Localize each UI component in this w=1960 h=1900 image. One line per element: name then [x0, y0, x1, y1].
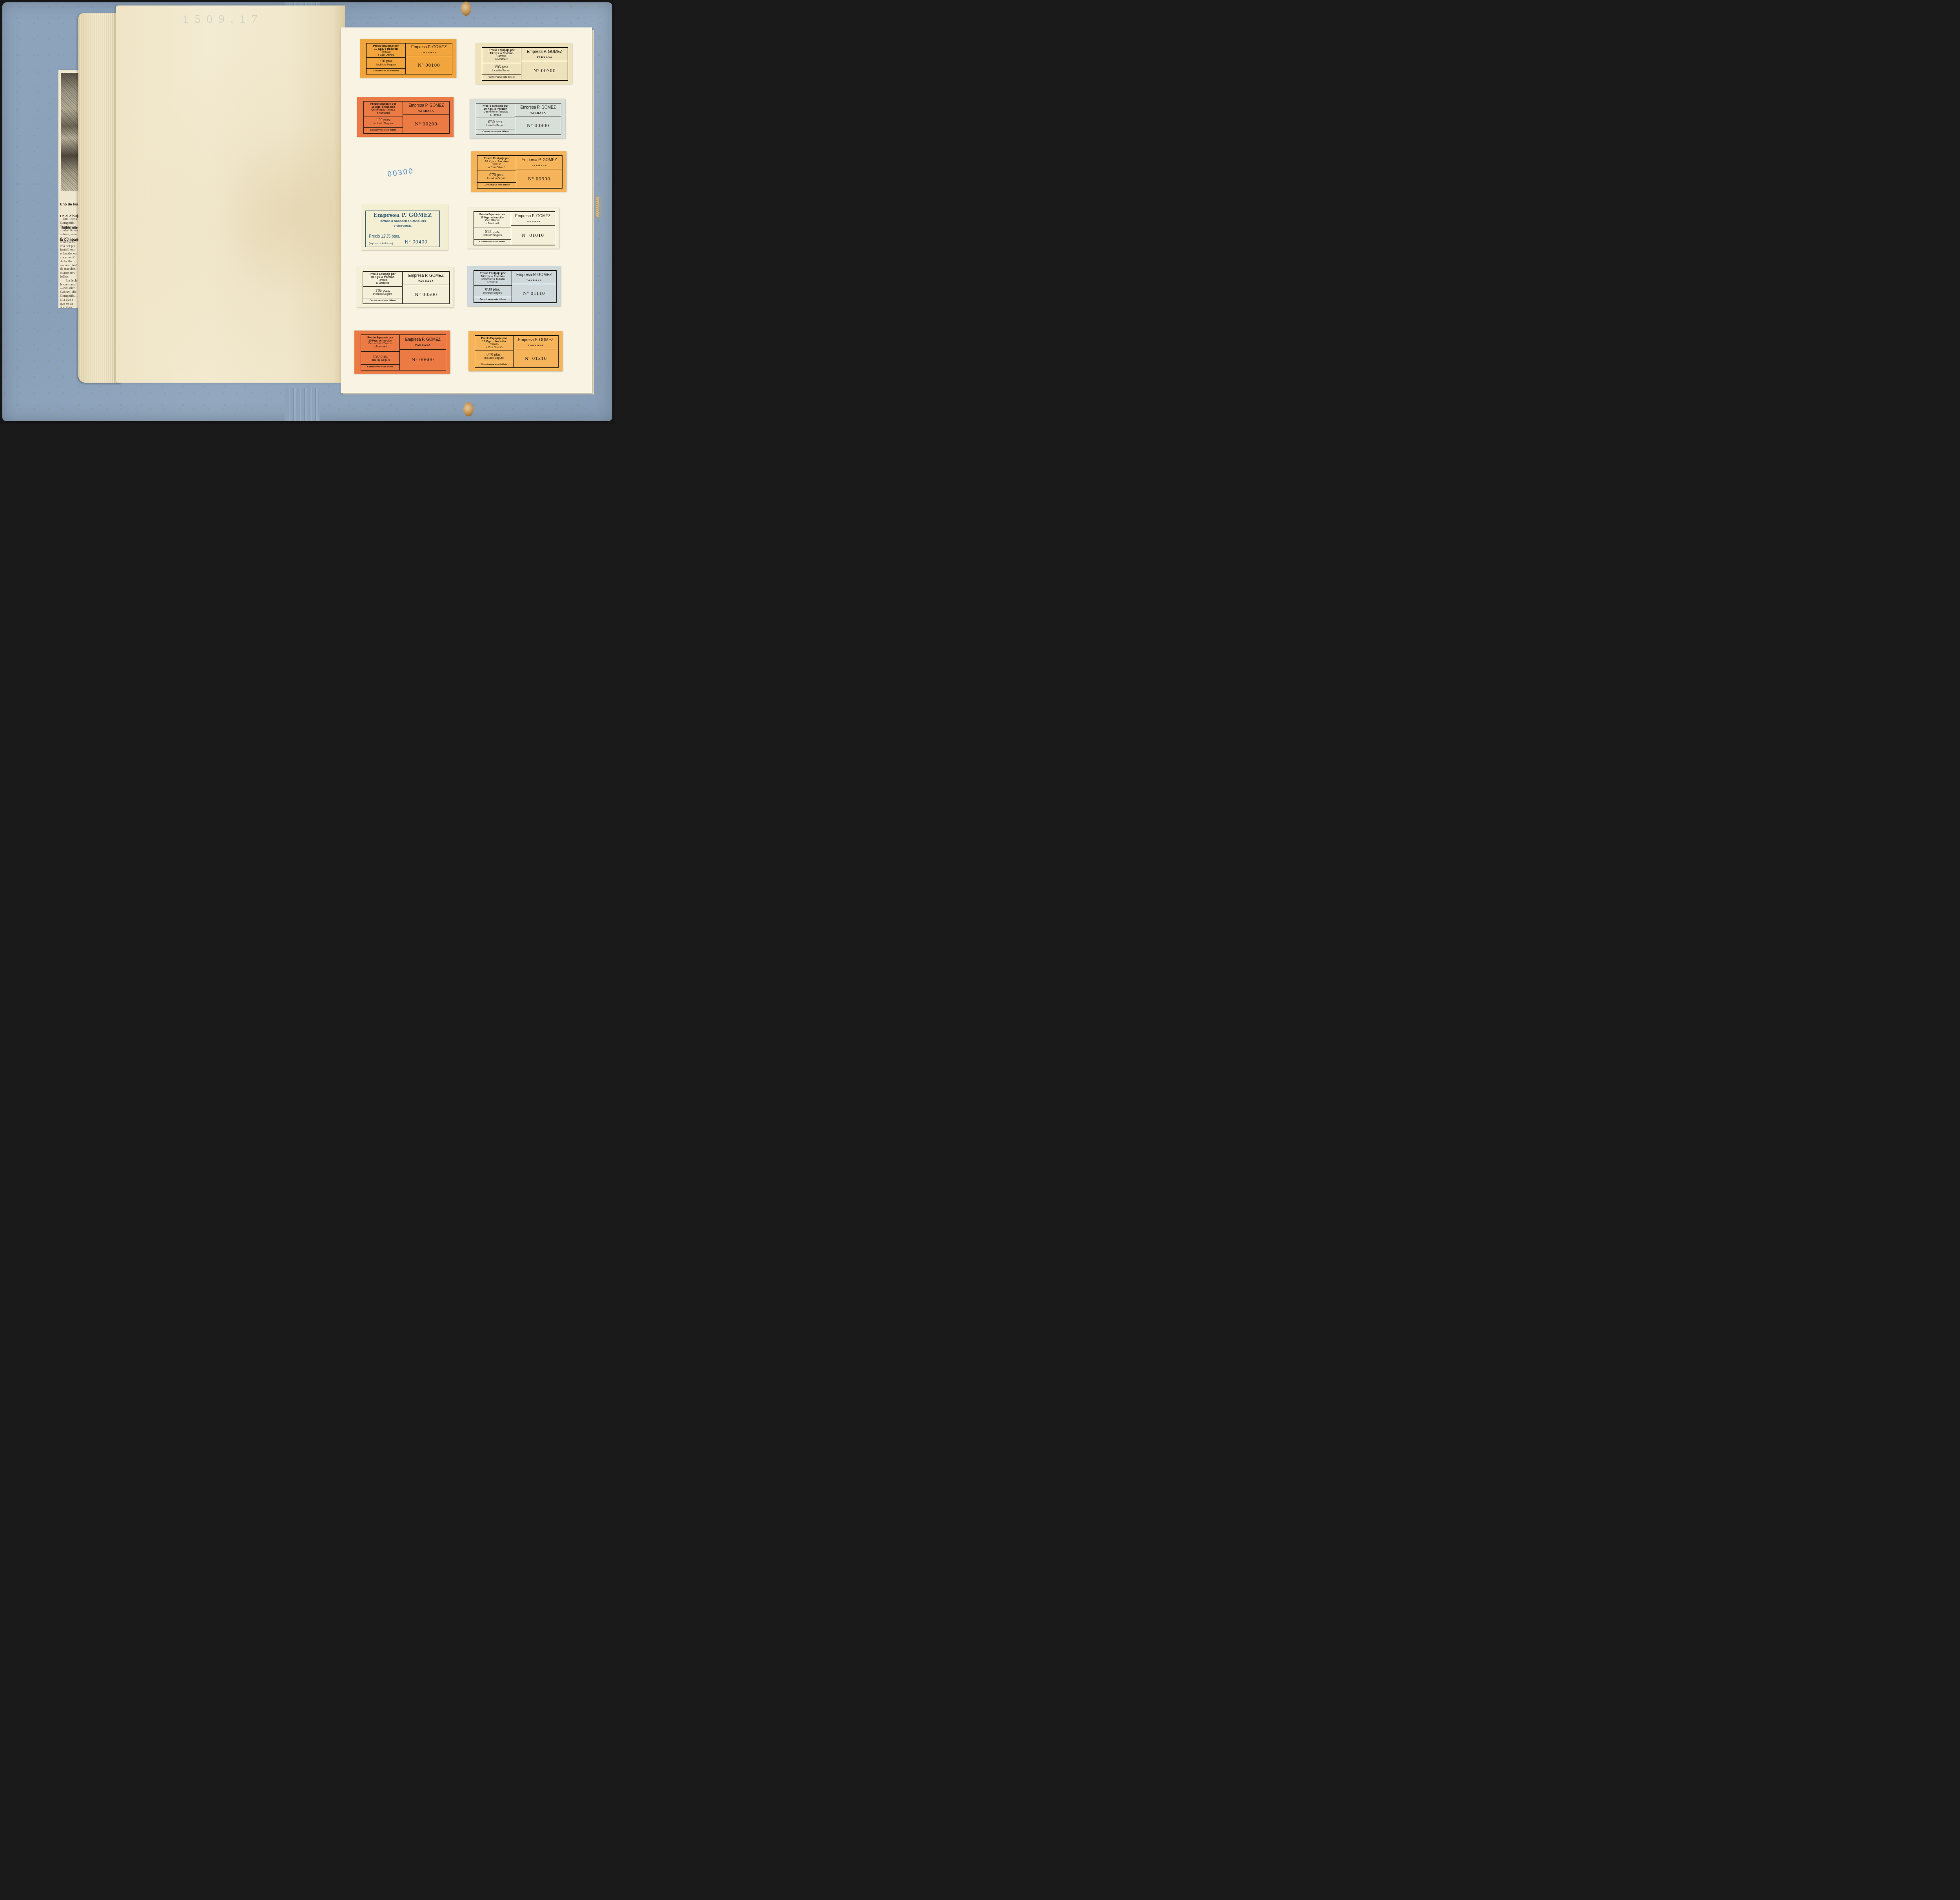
ticket-price-box: 1'05 ptas. Incluído Seguro — [482, 63, 521, 75]
ticket-left-panel: Precio Equipaje por 10 Kgs. o fracción C… — [474, 271, 512, 302]
ticket-description: Precio Equipaje por 10 Kgs. o fracción C… — [361, 335, 399, 352]
top-cord-knot-icon — [461, 2, 471, 16]
ticket-number: Nº 00400 — [405, 239, 428, 245]
ticket-00800: Precio Equipaje por 10 Kgs. o fracción C… — [470, 99, 565, 138]
ticket-number-box: Nº 00900 — [516, 169, 562, 188]
ticket-company-box: Empresa P. GOMEZ TARRASA — [512, 271, 556, 284]
ticket-left-panel: Precio Equipaje por 10 Kgs. o fracción C… — [361, 335, 400, 370]
ticket-header: Precio Equipaje por — [363, 273, 402, 276]
ticket-route-to: a Tarrasa — [476, 114, 515, 117]
ticket-right-panel: Empresa P. GOMEZ TARRASA Nº 00900 — [516, 156, 562, 188]
ticket-route-to: a Can Oliveró — [475, 346, 513, 349]
ticket-price: 0'30 ptas. — [474, 287, 512, 292]
ticket-header: Precio Equipaje por — [476, 105, 515, 108]
ticket-city: TARRASA — [512, 279, 556, 282]
ticket-right-panel: Empresa P. GOMEZ TARRASA Nº 01010 — [511, 212, 555, 245]
ticket-price: 0'70 ptas. — [367, 59, 405, 64]
ticket-00700: Precio Equipaje por 10 Kgs. o fracción T… — [475, 43, 572, 84]
ticket-00100: Precio Equipaje por 10 Kgs. o fracción T… — [360, 39, 456, 78]
ticket-route-from: Can Oliveró — [474, 219, 511, 222]
ticket-frame: Precio Equipaje por 10 Kgs. o fracción T… — [477, 155, 563, 189]
ticket-keep-note: Consérvese este billete — [364, 128, 403, 133]
ticket-00400: Empresa P. GÓMEZ Tarrasa o Sabadell a Gr… — [361, 204, 448, 250]
ticket-route-from: Cementerio Tarrasa — [364, 109, 403, 112]
ticket-header-2: 10 Kgs. o fracción — [367, 48, 405, 51]
ticket-route-from: Cementerio Tarrasa — [476, 111, 515, 114]
ticket-company: Empresa P. GOMEZ — [406, 45, 452, 50]
ticket-price-box: 0'45 ptas. Incluído Seguro — [474, 227, 511, 240]
ticket-frame: Empresa P. GÓMEZ Tarrasa o Sabadell a Gr… — [365, 211, 440, 247]
ticket-frame: Precio Equipaje por 10 Kgs. o fracción T… — [482, 47, 568, 81]
ticket-company: Empresa P. GOMEZ — [516, 158, 562, 163]
ticket-description: Precio Equipaje por 10 Kgs. o fracción T… — [477, 156, 516, 171]
ticket-description: Precio Equipaje por 10 Kgs. o fracción T… — [475, 336, 513, 351]
ticket-price: 1'05 ptas. — [482, 65, 521, 69]
ticket-route-from: Cementerio Tarrasa — [474, 278, 512, 281]
ticket-frame: Precio Equipaje por 10 Kgs. o fracción T… — [363, 271, 450, 304]
ticket-city: TARRASA — [400, 343, 446, 347]
ticket-right-panel: Empresa P. GOMEZ TARRASA Nº 00500 — [403, 272, 449, 303]
ticket-header-2: 10 Kgs. o fracción — [363, 276, 402, 279]
ticket-tax-note: (impuestos incluídos) — [369, 242, 393, 245]
ticket-header-2: 10 Kgs. o fracción — [474, 275, 512, 278]
ticket-header-2: 10 Kgs. o fracción — [476, 108, 515, 111]
ticket-header: Precio Equipaje por — [482, 49, 521, 52]
ticket-keep-note: Consérvese este billete — [474, 240, 511, 245]
ticket-description: Precio Equipaje por 10 Kgs. o fracción C… — [364, 102, 403, 116]
ticket-city: TARRASA — [514, 344, 558, 347]
ticket-01110: Precio Equipaje por 10 Kgs. o fracción C… — [467, 266, 561, 306]
ticket-insurance: Incluído Seguro — [474, 292, 512, 295]
ticket-left-panel: Precio Equipaje por 10 Kgs. o fracción C… — [474, 212, 511, 245]
ticket-header-2: 10 Kgs. o fracción — [364, 106, 403, 109]
ticket-left-panel: Precio Equipaje por 10 Kgs. o fracción T… — [363, 272, 403, 303]
ticket-price: 0'45 ptas. — [474, 230, 511, 234]
ticket-keep-note: Consérvese este billete — [476, 129, 515, 134]
ticket-right-panel: Empresa P. GOMEZ TARRASA Nº 00100 — [406, 44, 452, 74]
ticket-keep-note: Consérvese este billete — [474, 297, 512, 302]
ticket-number-box: Nº 00600 — [400, 350, 446, 370]
ticket-01210: Precio Equipaje por 10 Kgs. o fracción T… — [468, 331, 563, 371]
ticket-route-to: a Martorell — [361, 345, 399, 349]
ticket-company: Empresa P. GOMEZ — [521, 50, 568, 54]
ticket-frame: Precio Equipaje por 10 Kgs. o fracción T… — [475, 335, 559, 368]
ticket-company: Empresa P. GOMEZ — [515, 105, 561, 110]
ticket-right-panel: Empresa P. GOMEZ TARRASA Nº 00700 — [521, 48, 568, 80]
ticket-route-to: a Martorell — [482, 58, 521, 61]
ticket-keep-note: Consérvese este billete — [482, 75, 521, 80]
ticket-insurance: Incluído Seguro — [361, 359, 399, 362]
ticket-left-panel: Precio Equipaje por 10 Kgs. o fracción T… — [367, 44, 406, 74]
ticket-price-box: 0'70 ptas. Incluído Seguro — [475, 351, 513, 362]
ticket-city: TARRASA — [516, 164, 562, 167]
ticket-frame: Precio Equipaje por 10 Kgs. o fracción C… — [363, 101, 450, 134]
ticket-left-panel: Precio Equipaje por 10 Kgs. o fracción T… — [477, 156, 516, 188]
ticket-city: TARRASA — [403, 109, 449, 113]
ticket-00500: Precio Equipaje por 10 Kgs. o fracción T… — [356, 267, 454, 307]
ticket-number-box: Nº 01110 — [512, 284, 556, 302]
ticket-frame: Precio Equipaje por 10 Kgs. o fracción C… — [361, 334, 446, 371]
ticket-price-box: 0'70 ptas. Incluído Seguro — [367, 58, 405, 69]
ticket-number-box: Nº 00200 — [403, 115, 449, 133]
ticket-route-from: Tarrasa — [475, 343, 513, 346]
ticket-route-from: Tarrasa — [482, 55, 521, 58]
ticket-city: TARRASA — [515, 111, 561, 114]
ticket-route-from: Tarrasa — [477, 163, 516, 166]
ticket-price: 1'05 ptas. — [363, 289, 402, 293]
ticket-number: Nº 01110 — [523, 290, 545, 296]
ticket-number: Nº 00600 — [412, 356, 434, 363]
ticket-price: 1'20 ptas. — [364, 118, 403, 122]
ticket-company-box: Empresa P. GOMEZ TARRASA — [511, 212, 555, 226]
ticket-insurance: Incluído Seguro — [477, 177, 516, 180]
ticket-route: o viceversa. — [368, 224, 437, 228]
ticket-right-panel: Empresa P. GOMEZ TARRASA Nº 00800 — [515, 104, 561, 134]
ticket-left-panel: Precio Equipaje por 10 Kgs. o fracción T… — [475, 336, 514, 367]
ticket-number-box: Nº 00800 — [515, 116, 561, 134]
ticket-description: Precio Equipaje por 10 Kgs. o fracción T… — [482, 48, 521, 63]
ticket-number-box: Nº 01210 — [514, 349, 558, 367]
ticket-right-panel: Empresa P. GOMEZ TARRASA Nº 00200 — [403, 102, 449, 133]
ticket-price: 0'30 ptas. — [476, 120, 515, 124]
ticket-price-box: 1'20 ptas. Incluído Seguro — [361, 352, 399, 365]
ticket-insurance: Incluído Seguro — [482, 69, 521, 73]
ticket-header: Precio Equipaje por — [364, 103, 403, 106]
side-cord-icon — [596, 197, 599, 217]
ticket-route-to: a Can Oliveró — [477, 166, 516, 169]
ticket-company: Empresa P. GOMEZ — [514, 338, 558, 343]
ticket-city: TARRASA — [403, 280, 449, 283]
ticket-left-panel: Precio Equipaje por 10 Kgs. o fracción T… — [482, 48, 521, 80]
ticket-company: Empresa P. GOMEZ — [403, 274, 449, 278]
page-stack-edges — [78, 13, 122, 383]
ticket-company-box: Empresa P. GOMEZ TARRASA — [403, 102, 449, 115]
ticket-keep-note: Consérvese este billete — [475, 362, 513, 367]
ticket-keep-note: Consérvese este billete — [363, 298, 402, 303]
ticket-left-panel: Precio Equipaje por 10 Kgs. o fracción C… — [476, 104, 515, 134]
ticket-number-box: Nº 00700 — [521, 61, 568, 80]
ticket-keep-note: Consérvese este billete — [361, 365, 399, 370]
ticket-00200: Precio Equipaje por 10 Kgs. o fracción C… — [357, 97, 454, 137]
ticket-price-box: 0'70 ptas. Incluído Seguro — [477, 171, 516, 183]
ticket-price: 1'20 ptas. — [361, 354, 399, 359]
ticket-header: Precio Equipaje por — [475, 337, 513, 340]
ticket-header: Precio Equipaje por — [474, 213, 511, 216]
ticket-number-box: Nº 01010 — [511, 226, 555, 245]
left-page: 1 5 0 9 . 1 7 — [116, 5, 345, 383]
ticket-header-2: 10 Kgs. o fracción — [361, 340, 399, 343]
photo-scene: Uno de los En el dibujo Taulet, con la C… — [0, 0, 615, 424]
ticket-company-box: Empresa P. GOMEZ TARRASA — [406, 44, 452, 56]
ticket-route-from: Tarrasa — [367, 51, 405, 54]
ticket-frame: Precio Equipaje por 10 Kgs. o fracción C… — [474, 211, 555, 245]
ticket-number-box: Nº 00100 — [406, 56, 452, 74]
ticket-insurance: Incluído Seguro — [475, 357, 513, 360]
ticket-company: Empresa P. GOMEZ — [400, 338, 446, 342]
ticket-city: TARRASA — [521, 56, 568, 59]
ticket-insurance: Incluído Seguro — [474, 234, 511, 237]
ticket-insurance: Incluído Seguro — [364, 122, 403, 125]
ticket-insurance: Incluído Seguro — [363, 293, 402, 296]
ticket-insurance: Incluído Seguro — [367, 64, 405, 67]
ticket-company-box: Empresa P. GOMEZ TARRASA — [515, 104, 561, 116]
ticket-number: Nº 00700 — [534, 67, 556, 74]
ticket-header: Precio Equipaje por — [477, 157, 516, 160]
ticket-price-box: 1'20 ptas. Incluído Seguro — [364, 116, 403, 128]
ticket-frame: Precio Equipaje por 10 Kgs. o fracción C… — [474, 270, 557, 303]
ticket-route-to: a Can Oliveró — [367, 54, 405, 57]
ticket-company-box: Empresa P. GOMEZ TARRASA — [400, 335, 446, 350]
ticket-city: TARRASA — [511, 220, 555, 223]
ticket-company-box: Empresa P. GOMEZ TARRASA — [521, 48, 568, 61]
ticket-number: Nº 00800 — [527, 122, 549, 129]
ticket-header-2: 10 Kgs. o fracción — [475, 340, 513, 343]
ticket-company: Empresa P. GÓMEZ — [368, 213, 437, 218]
ticket-header-2: 10 Kgs. o fracción — [474, 216, 511, 220]
ticket-company: Empresa P. GOMEZ — [511, 214, 555, 219]
ticket-number: Nº 00500 — [415, 291, 437, 298]
ticket-description: Precio Equipaje por 10 Kgs. o fracción C… — [476, 104, 515, 118]
ticket-company-box: Empresa P. GOMEZ TARRASA — [403, 272, 449, 285]
ticket-company: Empresa P. GOMEZ — [512, 273, 556, 278]
ticket-price: 0'70 ptas. — [477, 173, 516, 177]
ticket-number: Nº 00100 — [418, 62, 440, 68]
ticket-description: Precio Equipaje por 10 Kgs. o fracción C… — [474, 271, 512, 286]
ticket-route-from: Tarrasa — [363, 279, 402, 282]
binder-spine-bottom — [285, 388, 320, 421]
ticket-header: Precio Equipaje por — [367, 45, 405, 48]
ticket-number: Nº 01010 — [522, 232, 544, 238]
ticket-left-panel: Precio Equipaje por 10 Kgs. o fracción C… — [364, 102, 403, 133]
ticket-00900: Precio Equipaje por 10 Kgs. o fracción T… — [471, 151, 566, 192]
ticket-number: Nº 00200 — [415, 121, 437, 127]
ticket-frame: Precio Equipaje por 10 Kgs. o fracción C… — [476, 103, 561, 135]
ticket-route-to: a Martorell — [363, 282, 402, 285]
ticket-price-box: 0'30 ptas. Incluído Seguro — [476, 118, 515, 129]
ticket-route: Tarrasa o Sabadell a Granollers — [368, 219, 437, 223]
ticket-header: Precio Equipaje por — [361, 336, 399, 340]
ticket-right-panel: Empresa P. GOMEZ TARRASA Nº 00600 — [400, 335, 446, 370]
pencil-mark: 1 5 0 9 . 1 7 — [183, 13, 259, 26]
ticket-route-to: a Tarrasa — [474, 281, 512, 284]
ticket-number-box: Nº 00500 — [403, 285, 449, 303]
ticket-price: 0'70 ptas. — [475, 352, 513, 357]
ticket-keep-note: Consérvese este billete — [367, 69, 405, 74]
ticket-price-box: 1'05 ptas. Incluído Seguro — [363, 287, 402, 298]
ticket-header-2: 10 Kgs. o fracción — [477, 160, 516, 163]
ticket-description: Precio Equipaje por 10 Kgs. o fracción T… — [363, 272, 402, 287]
ticket-frame: Precio Equipaje por 10 Kgs. o fracción T… — [366, 43, 452, 74]
ticket-right-panel: Empresa P. GOMEZ TARRASA Nº 01110 — [512, 271, 556, 302]
ticket-price-box: 0'30 ptas. Incluído Seguro — [474, 286, 512, 297]
ticket-number: Nº 00900 — [528, 176, 550, 182]
ticket-company-box: Empresa P. GOMEZ TARRASA — [516, 156, 562, 169]
ticket-right-panel: Empresa P. GOMEZ TARRASA Nº 01210 — [514, 336, 558, 367]
ticket-city: TARRASA — [406, 51, 452, 54]
ticket-description: Precio Equipaje por 10 Kgs. o fracción T… — [367, 44, 405, 58]
ticket-header-2: 10 Kgs. o fracción — [482, 52, 521, 55]
ticket-header: Precio Equipaje por — [474, 272, 512, 275]
ticket-route-to: a Martorell — [364, 112, 403, 115]
ticket-route-from: Cementerio Tarrasa — [361, 342, 399, 345]
ticket-insurance: Incluído Seguro — [476, 124, 515, 127]
ticket-price: Precio 12'35 ptas. — [369, 234, 400, 239]
ticket-number: Nº 01210 — [524, 355, 547, 361]
ticket-01010: Precio Equipaje por 10 Kgs. o fracción C… — [467, 207, 559, 249]
ticket-route-to: a Martorell — [474, 222, 511, 225]
ticket-description: Precio Equipaje por 10 Kgs. o fracción C… — [474, 212, 511, 227]
ticket-keep-note: Consérvese este billete — [477, 183, 516, 188]
ticket-company-box: Empresa P. GOMEZ TARRASA — [514, 336, 558, 349]
ticket-00600: Precio Equipaje por 10 Kgs. o fracción C… — [354, 331, 450, 374]
ticket-company: Empresa P. GOMEZ — [403, 104, 449, 108]
bottom-cord-knot-icon — [463, 402, 474, 416]
